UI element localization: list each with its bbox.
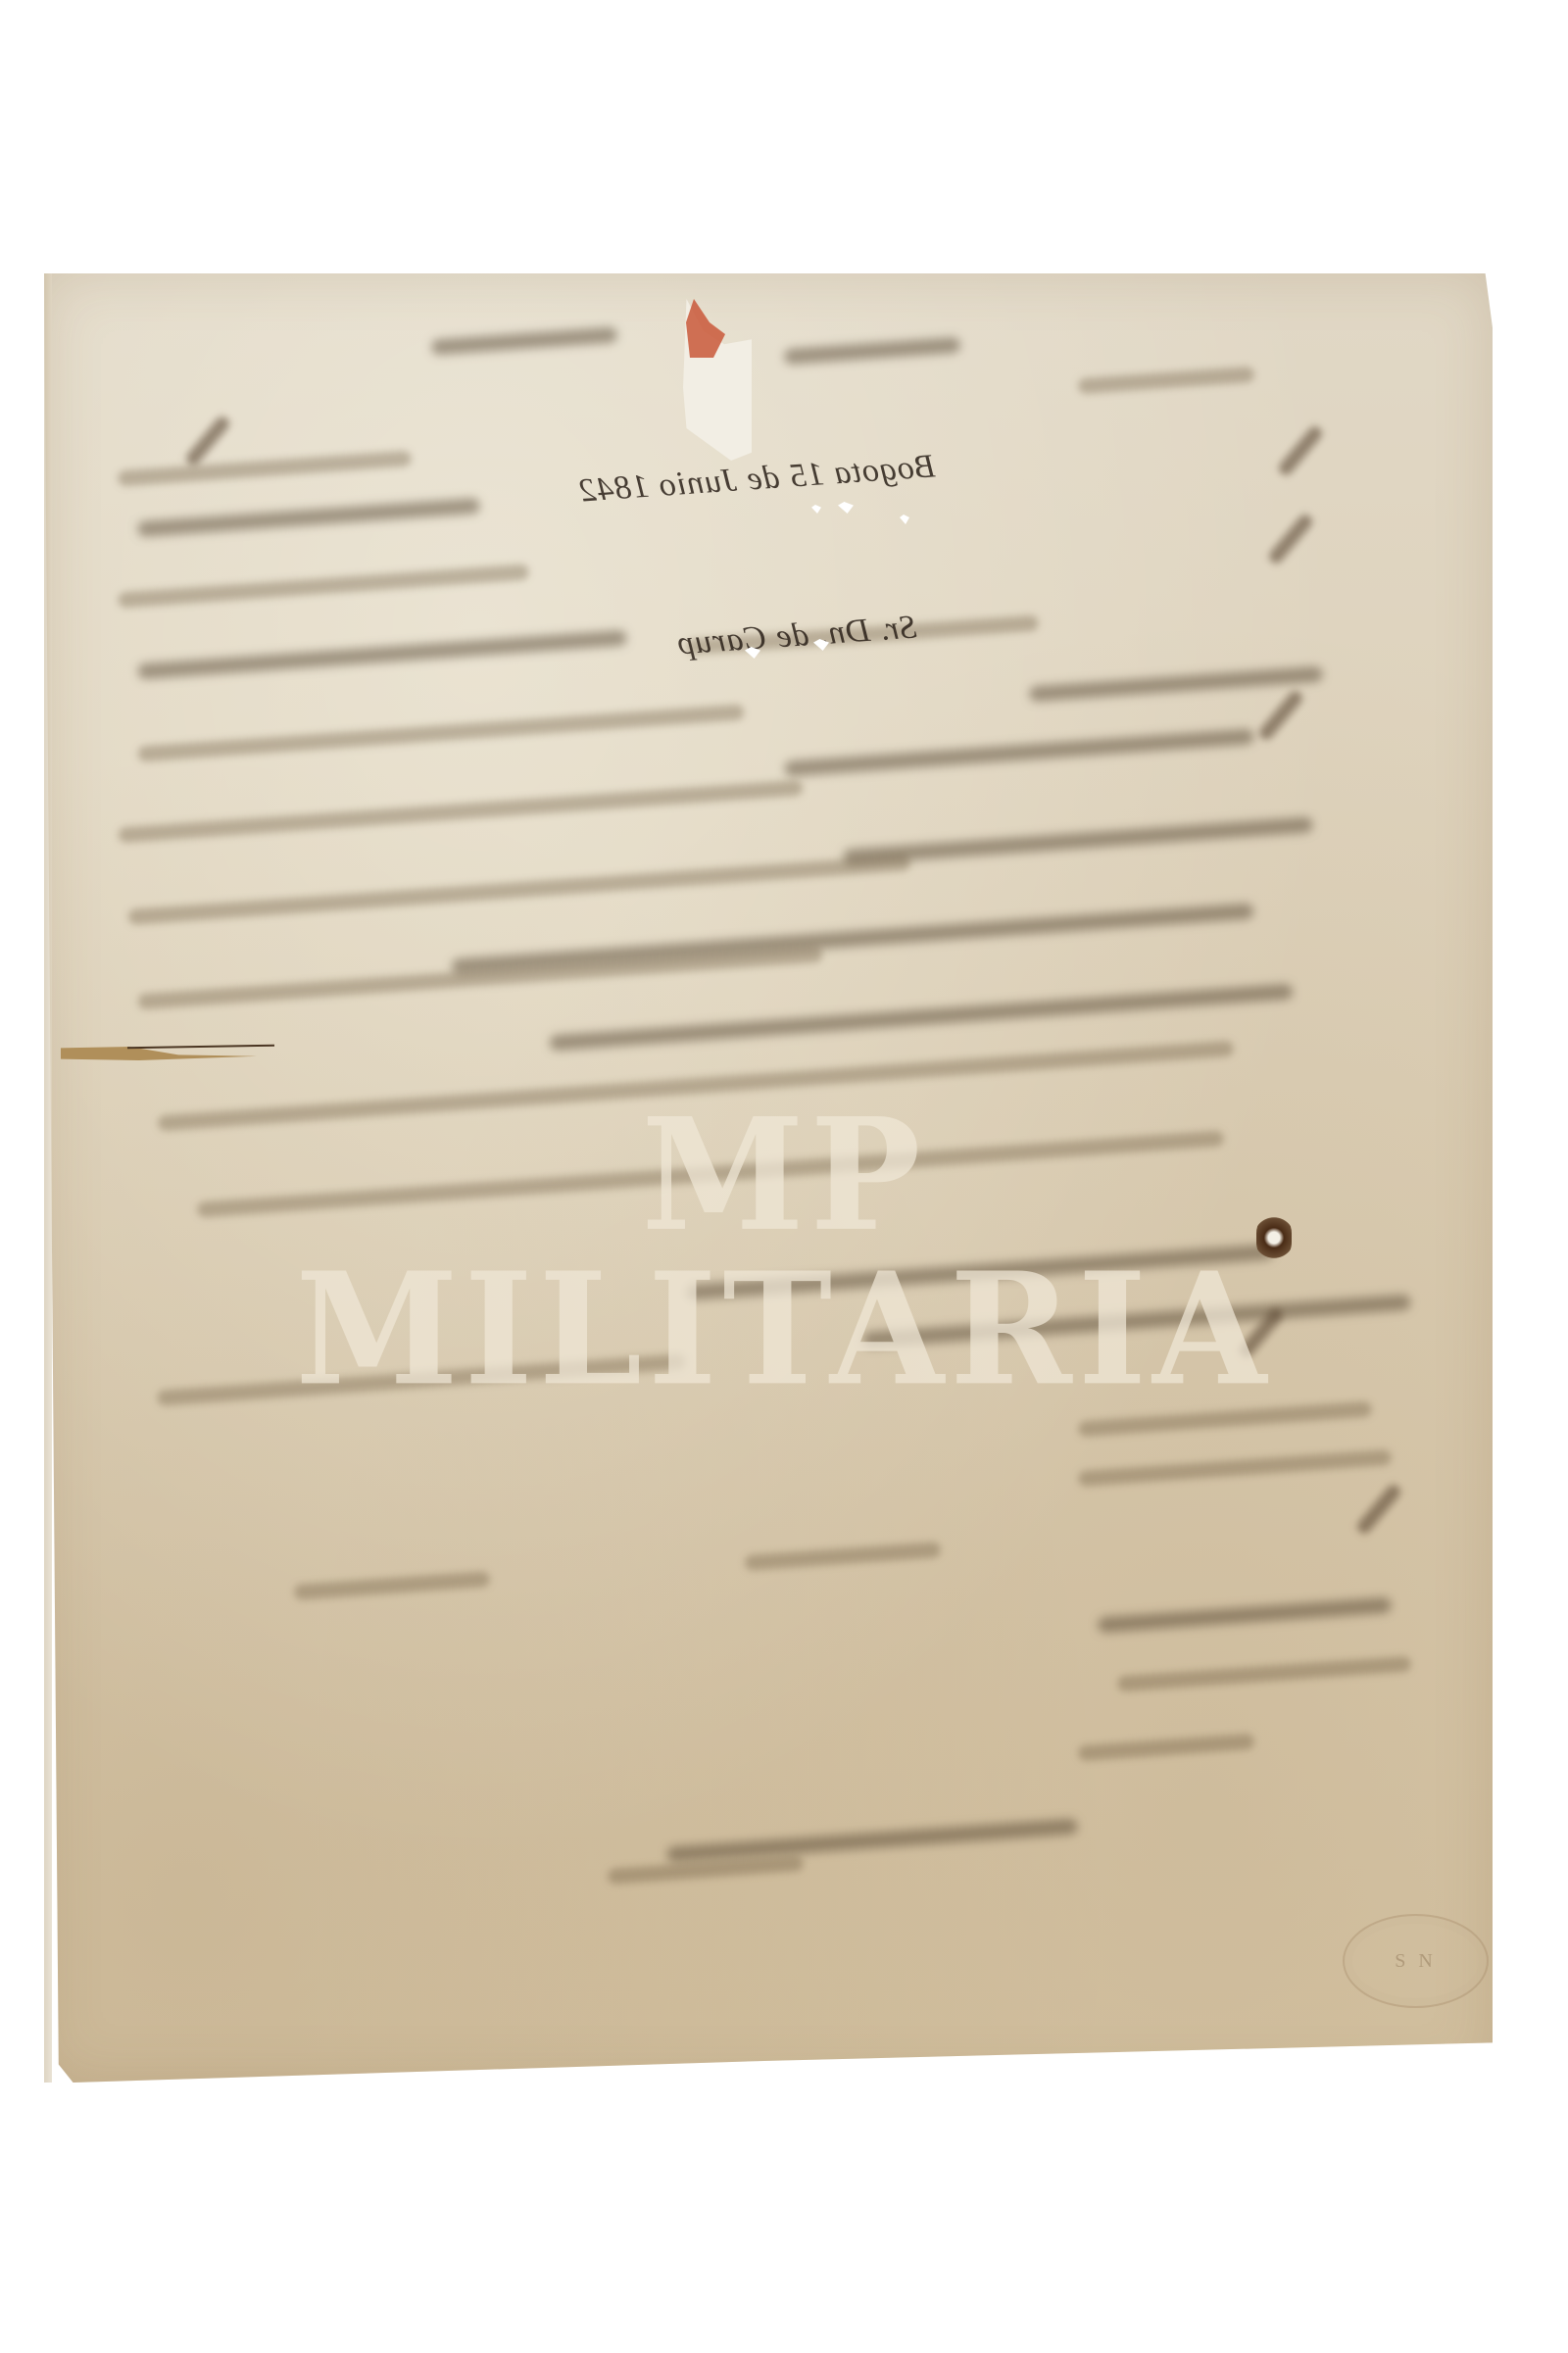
embossed-stamp: S N (1343, 1914, 1489, 2008)
watermark-text: MP MILITARIA (157, 1099, 1411, 1407)
stamp-text: S N (1395, 1950, 1437, 1973)
